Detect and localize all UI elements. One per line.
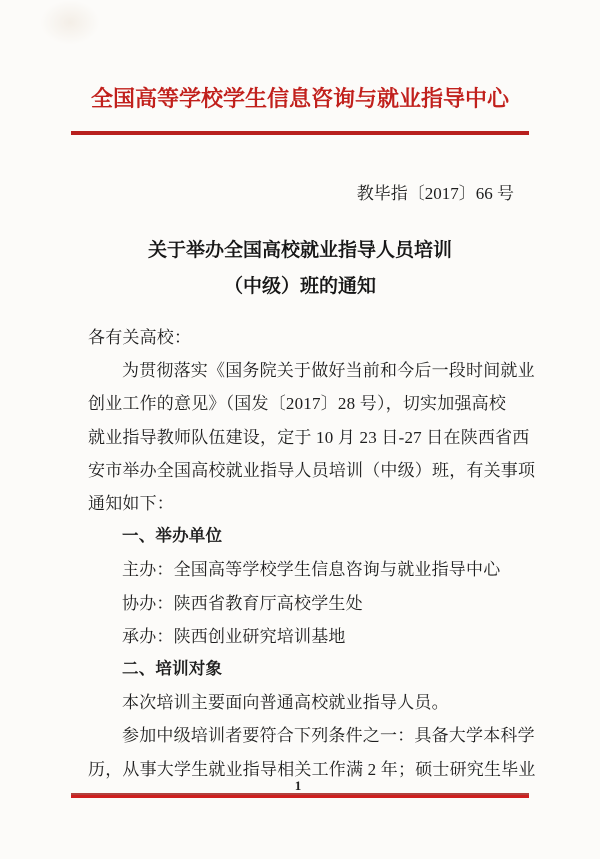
document-number: 教毕指〔2017〕66 号 — [0, 179, 514, 204]
document-body: 各有关高校： 为贯彻落实《国务院关于做好当前和今后一段时间就业 创业工作的意见》… — [88, 321, 542, 786]
notice-title-line1: 关于举办全国高校就业指导人员培训 — [0, 233, 600, 269]
letterhead-double-rule — [71, 131, 529, 135]
body-line: 通知如下： — [88, 487, 542, 520]
body-line: 参加中级培训者要符合下列条件之一：具备大学本科学 — [88, 719, 542, 752]
body-line: 安市举办全国高校就业指导人员培训（中级）班，有关事项 — [88, 454, 542, 487]
body-line-salutation: 各有关高校： — [88, 321, 542, 354]
page-number: 1 — [0, 778, 596, 794]
body-line-host: 主办：全国高等学校学生信息咨询与就业指导中心 — [88, 553, 542, 586]
notice-title-line2: （中级）班的通知 — [0, 269, 600, 305]
section-heading-organizers: 一、举办单位 — [88, 520, 542, 553]
scan-artifact — [40, 0, 100, 45]
notice-title: 关于举办全国高校就业指导人员培训 （中级）班的通知 — [0, 233, 600, 305]
footer-double-rule — [71, 793, 529, 798]
body-line: 为贯彻落实《国务院关于做好当前和今后一段时间就业 — [88, 354, 542, 387]
body-line: 就业指导教师队伍建设，定于 10 月 23 日-27 日在陕西省西 — [88, 421, 542, 454]
letterhead-org-title: 全国高等学校学生信息咨询与就业指导中心 — [0, 82, 600, 113]
body-line-undertaker: 承办：陕西创业研究培训基地 — [88, 620, 542, 653]
body-line: 本次培训主要面向普通高校就业指导人员。 — [88, 686, 542, 719]
body-line: 创业工作的意见》（国发〔2017〕28 号），切实加强高校 — [88, 387, 542, 420]
section-heading-trainees: 二、培训对象 — [88, 653, 542, 686]
body-line-cohost: 协办：陕西省教育厅高校学生处 — [88, 587, 542, 620]
scanned-document-page: 全国高等学校学生信息咨询与就业指导中心 教毕指〔2017〕66 号 关于举办全国… — [0, 0, 600, 859]
